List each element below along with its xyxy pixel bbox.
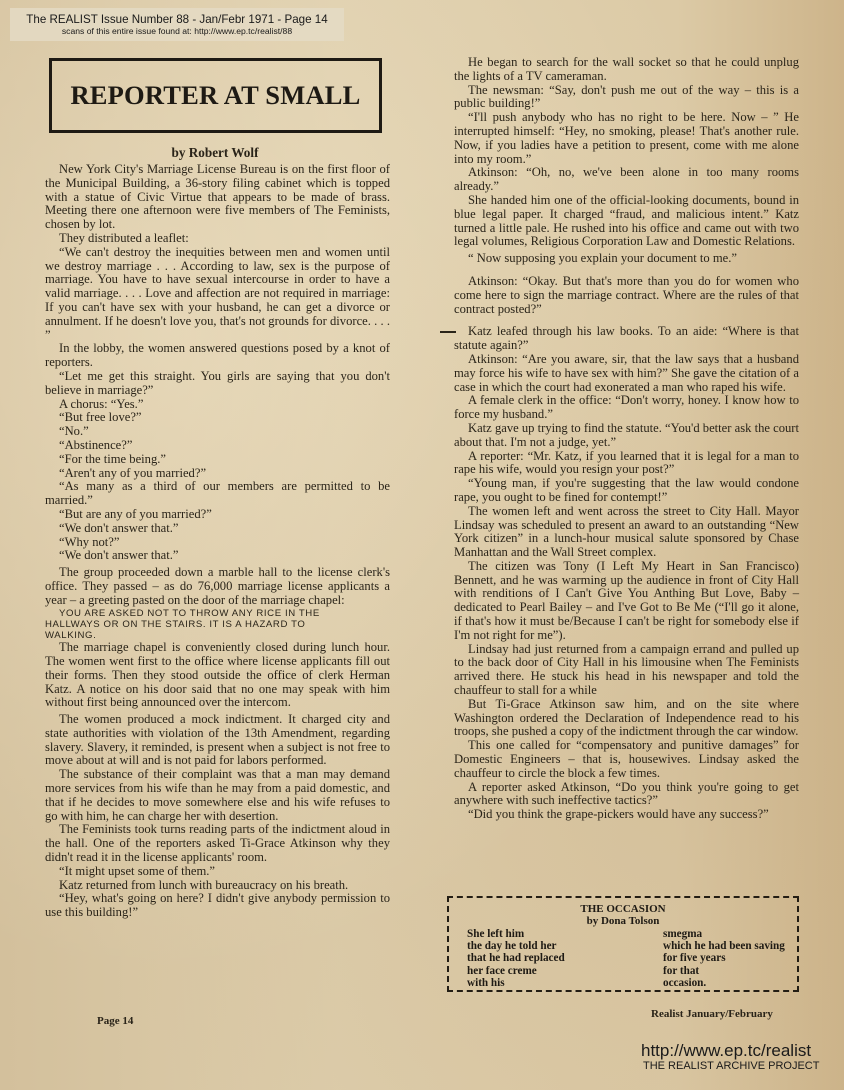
issue-label: Realist January/February — [651, 1008, 773, 1020]
poem-line: She left him — [467, 928, 565, 940]
paragraph: A reporter asked Atkinson, “Do you think… — [454, 781, 799, 809]
paragraph: New York City's Marriage License Bureau … — [45, 163, 390, 232]
poem-right-stanza: smegma which he had been saving for five… — [663, 928, 785, 989]
poem-line: with his — [467, 977, 565, 989]
paragraph: “Young man, if you're suggesting that th… — [454, 477, 799, 505]
paragraph: The Feminists took turns reading parts o… — [45, 823, 390, 864]
paragraph: “Did you think the grape-pickers would h… — [454, 808, 799, 822]
paragraph: Katz leafed through his law books. To an… — [454, 325, 799, 353]
poem-author: by Dona Tolson — [449, 915, 797, 927]
chapel-notice: YOU ARE ASKED NOT TO THROW ANY RICE IN T… — [45, 608, 335, 642]
paragraph: Atkinson: “Are you aware, sir, that the … — [454, 353, 799, 394]
paragraph: Katz gave up trying to find the statute.… — [454, 422, 799, 450]
paragraph: “I'll push anybody who has no right to b… — [454, 111, 799, 166]
paragraph: A female clerk in the office: “Don't wor… — [454, 394, 799, 422]
paragraph: The marriage chapel is conveniently clos… — [45, 641, 390, 710]
paragraph: This one called for “compensatory and pu… — [454, 739, 799, 780]
paragraph: They distributed a leaflet: — [45, 232, 390, 246]
poem-line: which he had been saving — [663, 940, 785, 952]
paragraph: She handed him one of the official-looki… — [454, 194, 799, 249]
paragraph: The women produced a mock indictment. It… — [45, 713, 390, 768]
paragraph: Katz returned from lunch with bureaucrac… — [45, 879, 390, 893]
paragraph: “As many as a third of our members are p… — [45, 480, 390, 508]
banner-source-link[interactable]: scans of this entire issue found at: htt… — [10, 26, 344, 37]
archive-banner: The REALIST Issue Number 88 - Jan/Febr 1… — [10, 8, 344, 41]
poem-line: occasion. — [663, 977, 785, 989]
paragraph: “No.” — [45, 425, 390, 439]
poem-box: THE OCCASION by Dona Tolson She left him… — [447, 896, 799, 992]
poem-title: THE OCCASION — [449, 903, 797, 915]
paragraph: The citizen was Tony (I Left My Heart in… — [454, 560, 799, 643]
paragraph: “Abstinence?” — [45, 439, 390, 453]
archive-url-link[interactable]: http://www.ep.tc/realist — [641, 1041, 841, 1060]
article-title: REPORTER AT SMALL — [70, 80, 360, 111]
margin-rule-mark — [440, 331, 456, 333]
poem-line: smegma — [663, 928, 785, 940]
paragraph: “It might upset some of them.” — [45, 865, 390, 879]
paragraph: “We can't destroy the inequities between… — [45, 246, 390, 343]
paragraph: Lindsay had just returned from a campaig… — [454, 643, 799, 698]
paragraph: In the lobby, the women answered questio… — [45, 342, 390, 370]
paragraph: A chorus: “Yes.” — [45, 398, 390, 412]
archive-watermark: http://www.ep.tc/realist THE REALIST ARC… — [641, 1041, 841, 1073]
poem-line: for five years — [663, 952, 785, 964]
paragraph: “But are any of you married?” — [45, 508, 390, 522]
archive-project-name: THE REALIST ARCHIVE PROJECT — [643, 1060, 841, 1073]
paragraph: But Ti-Grace Atkinson saw him, and on th… — [454, 698, 799, 739]
poem-line: her face creme — [467, 965, 565, 977]
byline: by Robert Wolf — [0, 145, 430, 161]
banner-title: The REALIST Issue Number 88 - Jan/Febr 1… — [10, 8, 344, 26]
paragraph: “Why not?” — [45, 536, 390, 550]
paragraph: The group proceeded down a marble hall t… — [45, 566, 390, 607]
paragraph: “But free love?” — [45, 411, 390, 425]
paragraph: “We don't answer that.” — [45, 522, 390, 536]
paragraph: A reporter: “Mr. Katz, if you learned th… — [454, 450, 799, 478]
paragraph: “ Now supposing you explain your documen… — [454, 252, 799, 266]
left-column: New York City's Marriage License Bureau … — [45, 163, 390, 920]
paragraph: The substance of their complaint was tha… — [45, 768, 390, 823]
poem-line: for that — [663, 965, 785, 977]
paragraph: “For the time being.” — [45, 453, 390, 467]
paragraph: “Aren't any of you married?” — [45, 467, 390, 481]
poem-line: the day he told her — [467, 940, 565, 952]
paragraph: “Hey, what's going on here? I didn't giv… — [45, 892, 390, 920]
paragraph: Atkinson: “Okay. But that's more than yo… — [454, 275, 799, 316]
paragraph: The women left and went across the stree… — [454, 505, 799, 560]
paragraph: “Let me get this straight. You girls are… — [45, 370, 390, 398]
paragraph: He began to search for the wall socket s… — [454, 56, 799, 84]
page-number: Page 14 — [97, 1015, 133, 1027]
paragraph: “We don't answer that.” — [45, 549, 390, 563]
headline-box: REPORTER AT SMALL — [49, 58, 382, 133]
paragraph: The newsman: “Say, don't push me out of … — [454, 84, 799, 112]
paragraph: Atkinson: “Oh, no, we've been alone in t… — [454, 166, 799, 194]
right-column: He began to search for the wall socket s… — [454, 56, 799, 822]
poem-line: that he had replaced — [467, 952, 565, 964]
poem-left-stanza: She left him the day he told her that he… — [467, 928, 565, 989]
